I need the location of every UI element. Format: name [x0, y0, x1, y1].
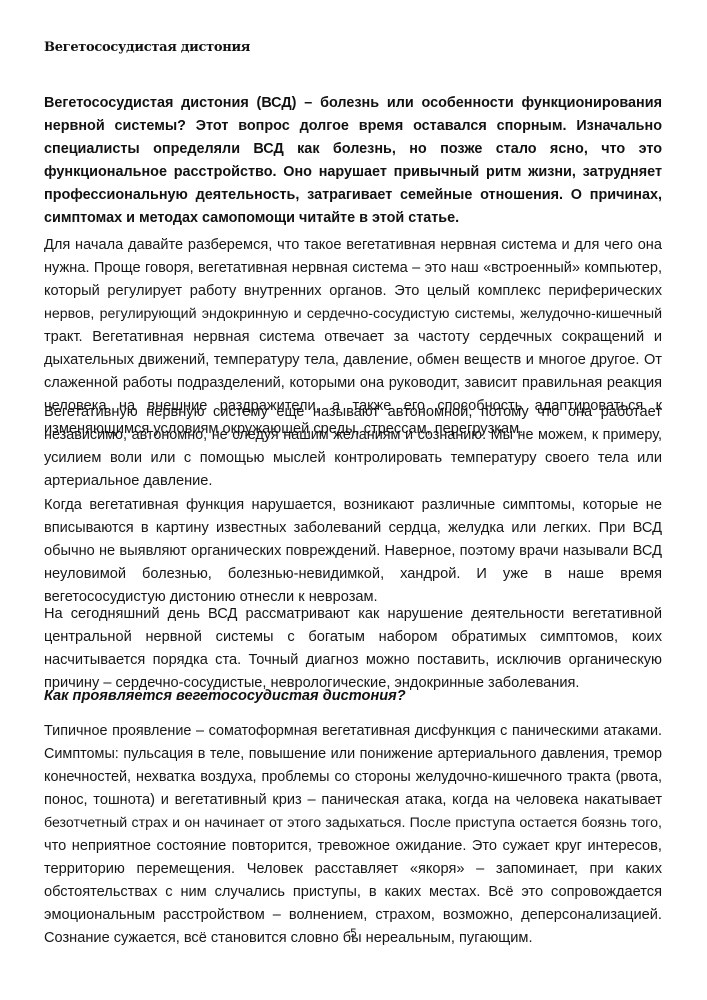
paragraph-line: артериальное давление. [44, 470, 662, 493]
paragraph-line: неуловимой болезнью, болезнью-невидимкой… [44, 563, 662, 586]
intro-line: профессиональную деятельность, затрагива… [44, 184, 662, 207]
section-subheading: Как проявляется вегетососудистая дистони… [44, 688, 406, 704]
intro-line: нервной системы? Этот вопрос долгое врем… [44, 115, 662, 138]
paragraph-line: центральной нервной системы с богатым на… [44, 626, 662, 649]
paragraph-line: тракт. Вегетативная нервная система отве… [44, 326, 662, 349]
paragraph-line: который регулирует работу внутренних орг… [44, 280, 662, 303]
paragraph-line: нервов, регулирующий эндокринную и серде… [44, 303, 662, 326]
paragraph-line: Вегетативную нервную систему еще называю… [44, 401, 662, 424]
document-page: Вегетососудистая дистония Вегетососудист… [0, 0, 707, 1000]
paragraph-line: нужна. Проще говоря, вегетативная нервна… [44, 257, 662, 280]
paragraph-line: независимо, автономно, не следуя нашим ж… [44, 424, 662, 447]
paragraph-line: Симптомы: пульсация в теле, повышение ил… [44, 743, 662, 766]
paragraph-line: безотчетный страх и он начинает от этого… [44, 812, 662, 835]
intro-line: симптомах и методах самопомощи читайте в… [44, 207, 662, 230]
paragraph-line: дыхательных движений, температуру тела, … [44, 349, 662, 372]
intro-line: функциональное расстройство. Оно нарушае… [44, 161, 662, 184]
paragraph-3: Когда вегетативная функция нарушается, в… [44, 494, 662, 609]
paragraph-5: Типичное проявление – соматоформная веге… [44, 720, 662, 950]
page-number: 5 [0, 926, 707, 940]
paragraph-line: слаженной работы подразделений, которыми… [44, 372, 662, 395]
paragraph-line: обычно не выявляют органических поврежде… [44, 540, 662, 563]
paragraph-4: На сегодняшний день ВСД рассматривают ка… [44, 603, 662, 695]
paragraph-line: что неприятное состояние повторится, тре… [44, 835, 662, 858]
paragraph-line: конечностей, нехватка воздуха, проблемы … [44, 766, 662, 789]
intro-line: Вегетососудистая дистония (ВСД) – болезн… [44, 92, 662, 115]
document-title: Вегетососудистая дистония [44, 40, 250, 55]
paragraph-2: Вегетативную нервную систему еще называю… [44, 401, 662, 493]
paragraph-line: усилием воли или с помощью мыслей контро… [44, 447, 662, 470]
paragraph-line: эмоциональным расстройством – волнением,… [44, 904, 662, 927]
paragraph-line: Типичное проявление – соматоформная веге… [44, 720, 662, 743]
paragraph-line: На сегодняшний день ВСД рассматривают ка… [44, 603, 662, 626]
paragraph-line: вписываются в картину известных заболева… [44, 517, 662, 540]
paragraph-line: обстоятельствах с ним случались приступы… [44, 881, 662, 904]
paragraph-line: Когда вегетативная функция нарушается, в… [44, 494, 662, 517]
paragraph-line: Для начала давайте разберемся, что такое… [44, 234, 662, 257]
intro-line: специалисты определяли ВСД как болезнь, … [44, 138, 662, 161]
intro-paragraph: Вегетососудистая дистония (ВСД) – болезн… [44, 92, 662, 230]
paragraph-line: насчитывается порядка ста. Точный диагно… [44, 649, 662, 672]
paragraph-line: территорию перемещения. Человек расставл… [44, 858, 662, 881]
paragraph-line: понос, тошнота) и вегетативный криз – па… [44, 789, 662, 812]
